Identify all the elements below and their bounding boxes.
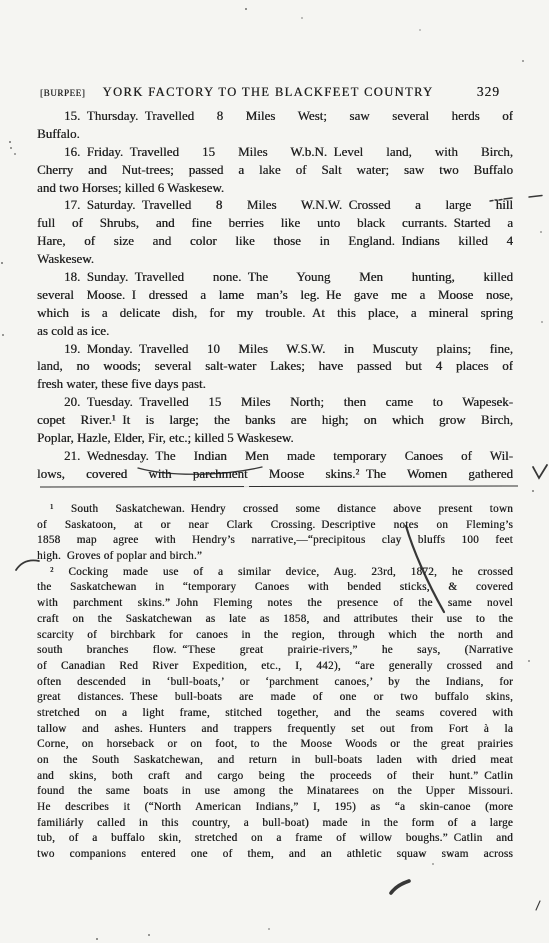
text-line: lows, covered with parchment Moose skins… (37, 465, 513, 483)
pen-dash-bottom-icon (391, 881, 409, 893)
text-line: ¹ South Saskatchewan. Hendry crossed som… (37, 502, 513, 518)
text-line: often descended in ‘bull-boats,’ or ‘par… (37, 675, 513, 691)
text-line: familiárly called in this country, a bul… (37, 816, 513, 832)
pen-check-right-margin-icon (533, 465, 547, 478)
text-line: copet River.¹ It is large; the banks are… (37, 411, 513, 429)
text-line: found the same boats in use among the Mi… (37, 784, 513, 800)
paragraph: 19. Monday. Travelled 10 Miles W.S.W. in… (37, 340, 513, 394)
text-line: 19. Monday. Travelled 10 Miles W.S.W. in… (37, 340, 513, 358)
divider-gap (244, 486, 249, 487)
text-line: Waskesew. (37, 250, 513, 268)
text-line: 18. Sunday. Travelled none. The Young Me… (37, 268, 513, 286)
pen-tick-bottom-right-icon (536, 901, 540, 910)
text-line: as cold as ice. (37, 322, 513, 340)
attribution: [BURPEE] (40, 88, 85, 98)
text-line: land, no woods; several salt-water Lakes… (37, 357, 513, 375)
text-line: 20. Tuesday. Travelled 15 Miles North; t… (37, 393, 513, 411)
text-line: the Saskatchewan in “temporary Canoes wi… (37, 580, 513, 596)
text-line: 21. Wednesday. The Indian Men made tempo… (37, 447, 513, 465)
text-line: Poplar, Hazle, Elder, Fir, etc.; killed … (37, 429, 513, 447)
text-line: 16. Friday. Travelled 15 Miles W.b.N. Le… (37, 143, 513, 161)
footnotes: ¹ South Saskatchewan. Hendry crossed som… (37, 502, 513, 863)
text-line: stretched on a light frame, stitched tog… (37, 706, 513, 722)
text-line: tub, of a buffalo skin, stretched on a f… (37, 831, 513, 847)
text-line: which is a delicate dish, for my trouble… (37, 304, 513, 322)
text-line: 1858 map agree with Hendry’s narrative,—… (37, 533, 513, 549)
paragraph: 16. Friday. Travelled 15 Miles W.b.N. Le… (37, 143, 513, 197)
text-line: 17. Saturday. Travelled 8 Miles W.N.W. C… (37, 196, 513, 214)
paragraph: 21. Wednesday. The Indian Men made tempo… (37, 447, 513, 483)
text-line: Buffalo. (37, 125, 513, 143)
text-line: 15. Thursday. Travelled 8 Miles West; sa… (37, 107, 513, 125)
scanned-book-page: [BURPEE] YORK FACTORY TO THE BLACKFEET C… (0, 0, 549, 943)
text-line: Corne, on horseback or on foot, to the M… (37, 737, 513, 753)
text-line: scarcity of birchbark for canoes in the … (37, 628, 513, 644)
scan-noise (0, 0, 2, 2)
running-title: YORK FACTORY TO THE BLACKFEET COUNTRY (85, 85, 476, 100)
footnote: ¹ South Saskatchewan. Hendry crossed som… (37, 502, 513, 565)
text-line: high. Groves of poplar and birch.” (37, 549, 513, 565)
footnote-divider (40, 485, 518, 487)
page-body: 15. Thursday. Travelled 8 Miles West; sa… (37, 107, 513, 483)
pen-curve-left-margin-icon (16, 560, 39, 570)
text-line: of Saskatoon, at or near Clark Crossing.… (37, 518, 513, 534)
text-line: with parchment skins.” John Fleming note… (37, 596, 513, 612)
text-line: Hare, of size and color like those in En… (37, 232, 513, 250)
text-line: south branches flow. “These great prairi… (37, 643, 513, 659)
text-line: and skins, both craft and cargo being th… (37, 769, 513, 785)
text-line: and two Horses; killed 6 Waskesew. (37, 179, 513, 197)
text-line: He describes it (“North American Indians… (37, 800, 513, 816)
text-line: on the South Saskatchewan, and return in… (37, 753, 513, 769)
text-line: full of Shrubs, and fine berries like un… (37, 214, 513, 232)
footnote: ² Cocking made use of a similar device, … (37, 565, 513, 863)
text-line: tallow and ashes. Hunters and trappers f… (37, 722, 513, 738)
text-line: ² Cocking made use of a similar device, … (37, 565, 513, 581)
text-line: two companions entered one of them, and … (37, 847, 513, 863)
paragraph: 18. Sunday. Travelled none. The Young Me… (37, 268, 513, 340)
text-line: several Moose. I dressed a lame man’s le… (37, 286, 513, 304)
paragraph: 15. Thursday. Travelled 8 Miles West; sa… (37, 107, 513, 143)
page-number: 329 (477, 84, 500, 100)
text-line: craft on the Saskatchewan as late as 185… (37, 612, 513, 628)
paragraph: 17. Saturday. Travelled 8 Miles W.N.W. C… (37, 196, 513, 268)
text-line: Cherry and Nut-trees; passed a lake of S… (37, 161, 513, 179)
text-line: fresh water, these five days past. (37, 375, 513, 393)
paragraph: 20. Tuesday. Travelled 15 Miles North; t… (37, 393, 513, 447)
text-line: of Canadian Red River Expedition, etc., … (37, 659, 513, 675)
page-header: [BURPEE] YORK FACTORY TO THE BLACKFEET C… (37, 84, 513, 100)
text-line: great distances. These bull-boats are ma… (37, 690, 513, 706)
